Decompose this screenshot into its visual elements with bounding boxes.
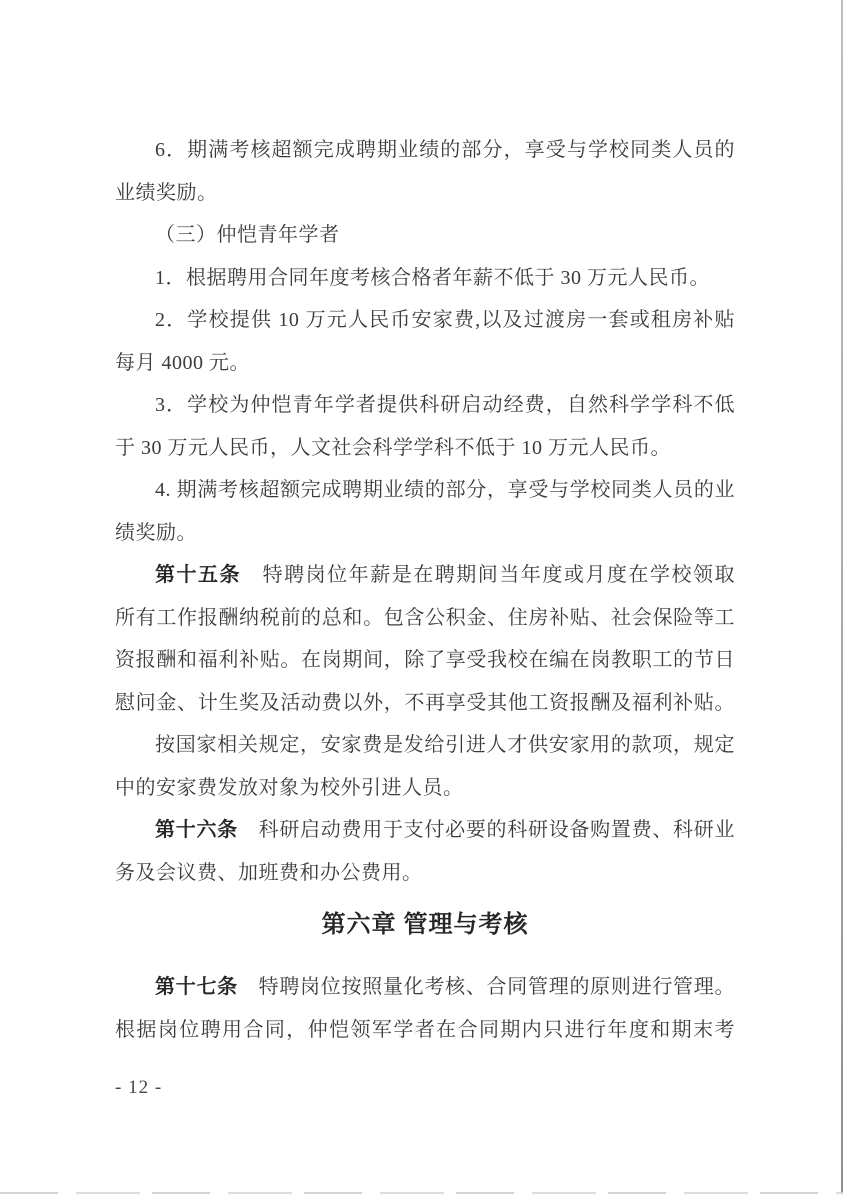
text-line: 根据岗位聘用合同，仲恺领军学者在合同期内只进行年度和期末考 (115, 1009, 735, 1052)
text-line: 3．学校为仲恺青年学者提供科研启动经费，自然科学学科不低 (115, 384, 735, 427)
text-line: 业绩奖励。 (115, 172, 735, 215)
text-line: 务及会议费、加班费和办公费用。 (115, 852, 735, 895)
text-line-article-15: 第十五条 特聘岗位年薪是在聘期间当年度或月度在学校领取 (115, 554, 735, 597)
article-number-bold: 第十五条 (155, 564, 241, 586)
text-line: 每月 4000 元。 (115, 342, 735, 385)
text-line: 资报酬和福利补贴。在岗期间，除了享受我校在编在岗教职工的节日 (115, 639, 735, 682)
text-line: 4. 期满考核超额完成聘期业绩的部分，享受与学校同类人员的业 (115, 469, 735, 512)
text-line: 绩奖励。 (115, 512, 735, 555)
text-line: 6．期满考核超额完成聘期业绩的部分，享受与学校同类人员的 (115, 129, 735, 172)
page-number: - 12 - (115, 1073, 162, 1103)
text-line: 2．学校提供 10 万元人民币安家费,以及过渡房一套或租房补贴 (115, 299, 735, 342)
text-line: 慰问金、计生奖及活动费以外，不再享受其他工资报酬及福利补贴。 (115, 682, 735, 725)
article-number-bold: 第十七条 (155, 976, 238, 998)
text-line: （三）仲恺青年学者 (115, 214, 735, 257)
document-body: 6．期满考核超额完成聘期业绩的部分，享受与学校同类人员的 业绩奖励。 （三）仲恺… (115, 129, 735, 1051)
text-line-article-16: 第十六条 科研启动费用于支付必要的科研设备购置费、科研业 (115, 809, 735, 852)
article-number-bold: 第十六条 (155, 819, 238, 841)
document-page: 6．期满考核超额完成聘期业绩的部分，享受与学校同类人员的 业绩奖励。 （三）仲恺… (0, 0, 848, 1200)
scan-page-bottom-edge (0, 1192, 843, 1194)
text-line: 所有工作报酬纳税前的总和。包含公积金、住房补贴、社会保险等工 (115, 597, 735, 640)
text-line: 中的安家费发放对象为校外引进人员。 (115, 767, 735, 810)
text-line: 1．根据聘用合同年度考核合格者年薪不低于 30 万元人民币。 (115, 257, 735, 300)
text-line: 于 30 万元人民币，人文社会科学学科不低于 10 万元人民币。 (115, 427, 735, 470)
text-line-article-17: 第十七条 特聘岗位按照量化考核、合同管理的原则进行管理。 (115, 966, 735, 1009)
chapter-heading: 第六章 管理与考核 (115, 902, 735, 948)
text-line: 按国家相关规定，安家费是发给引进人才供安家用的款项，规定 (115, 724, 735, 767)
scan-page-right-edge (841, 0, 843, 1194)
